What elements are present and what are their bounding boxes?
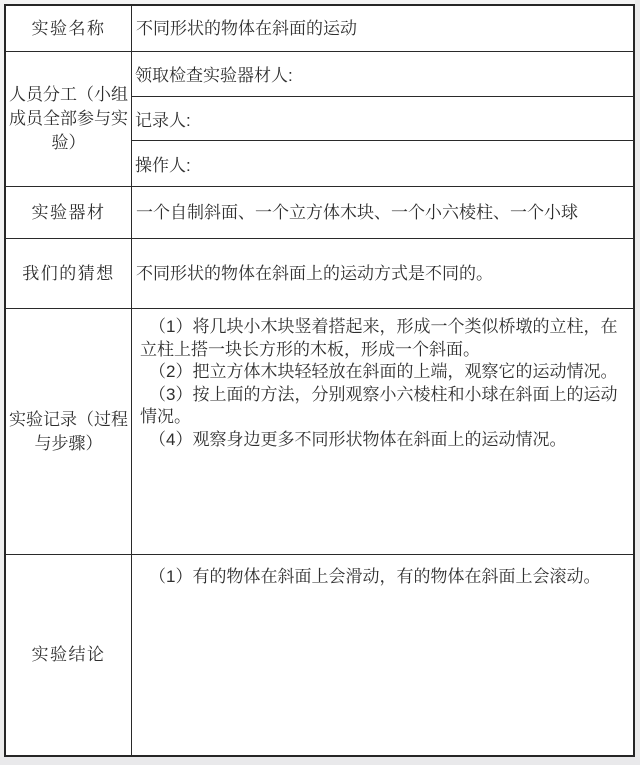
experiment-record-table: 实验名称 不同形状的物体在斜面的运动 人员分工（小组成员全部参与实验） 领取检查… [4, 4, 635, 757]
table-row-procedure: 实验记录（过程与步骤） （1）将几块小木块竖着搭起来，形成一个类似桥墩的立柱，在… [6, 309, 633, 555]
procedure-step-4: （4）观察身边更多不同形状物体在斜面上的运动情况。 [140, 429, 630, 452]
row-header-procedure: 实验记录（过程与步骤） [6, 309, 132, 554]
procedure-step-2: （2）把立方体木块轻轻放在斜面的上端，观察它的运动情况。 [140, 361, 630, 384]
cell-experiment-name: 不同形状的物体在斜面的运动 [132, 6, 633, 51]
table-row-hypothesis: 我们的猜想 不同形状的物体在斜面上的运动方式是不同的。 [6, 239, 633, 309]
procedure-steps: （1）将几块小木块竖着搭起来，形成一个类似桥墩的立柱，在立柱上搭一块长方形的木板… [136, 309, 633, 451]
row-header-hypothesis: 我们的猜想 [6, 239, 132, 308]
table-row-personnel: 人员分工（小组成员全部参与实验） 领取检查实验器材人: 记录人: 操作人: [6, 52, 633, 187]
procedure-step-3: （3）按上面的方法，分别观察小六棱柱和小球在斜面上的运动情况。 [140, 384, 630, 429]
cell-procedure: （1）将几块小木块竖着搭起来，形成一个类似桥墩的立柱，在立柱上搭一块长方形的木板… [132, 309, 633, 554]
conclusion-text-block: （1）有的物体在斜面上会滑动，有的物体在斜面上会滚动。 [136, 555, 633, 589]
scanned-form-page: 实验名称 不同形状的物体在斜面的运动 人员分工（小组成员全部参与实验） 领取检查… [0, 0, 640, 765]
cell-conclusion: （1）有的物体在斜面上会滑动，有的物体在斜面上会滚动。 [132, 555, 633, 755]
personnel-sub-rows: 领取检查实验器材人: 记录人: 操作人: [132, 52, 633, 186]
table-row-conclusion: 实验结论 （1）有的物体在斜面上会滑动，有的物体在斜面上会滚动。 [6, 555, 633, 755]
photo-edge-right [635, 0, 640, 765]
table-row-experiment-name: 实验名称 不同形状的物体在斜面的运动 [6, 6, 633, 52]
cell-equipment: 一个自制斜面、一个立方体木块、一个小六棱柱、一个小球 [132, 187, 633, 238]
personnel-field-recorder: 记录人: [132, 97, 633, 142]
personnel-field-operator: 操作人: [132, 141, 633, 186]
row-header-conclusion: 实验结论 [6, 555, 132, 755]
row-header-personnel: 人员分工（小组成员全部参与实验） [6, 52, 132, 186]
conclusion-text: （1）有的物体在斜面上会滑动，有的物体在斜面上会滚动。 [140, 566, 630, 589]
personnel-field-equipment-receiver: 领取检查实验器材人: [132, 52, 633, 97]
row-header-experiment-name: 实验名称 [6, 6, 132, 51]
table-row-equipment: 实验器材 一个自制斜面、一个立方体木块、一个小六棱柱、一个小球 [6, 187, 633, 239]
procedure-step-1: （1）将几块小木块竖着搭起来，形成一个类似桥墩的立柱，在立柱上搭一块长方形的木板… [140, 316, 630, 361]
row-header-equipment: 实验器材 [6, 187, 132, 238]
photo-edge-bottom [0, 757, 640, 765]
cell-hypothesis: 不同形状的物体在斜面上的运动方式是不同的。 [132, 239, 633, 308]
